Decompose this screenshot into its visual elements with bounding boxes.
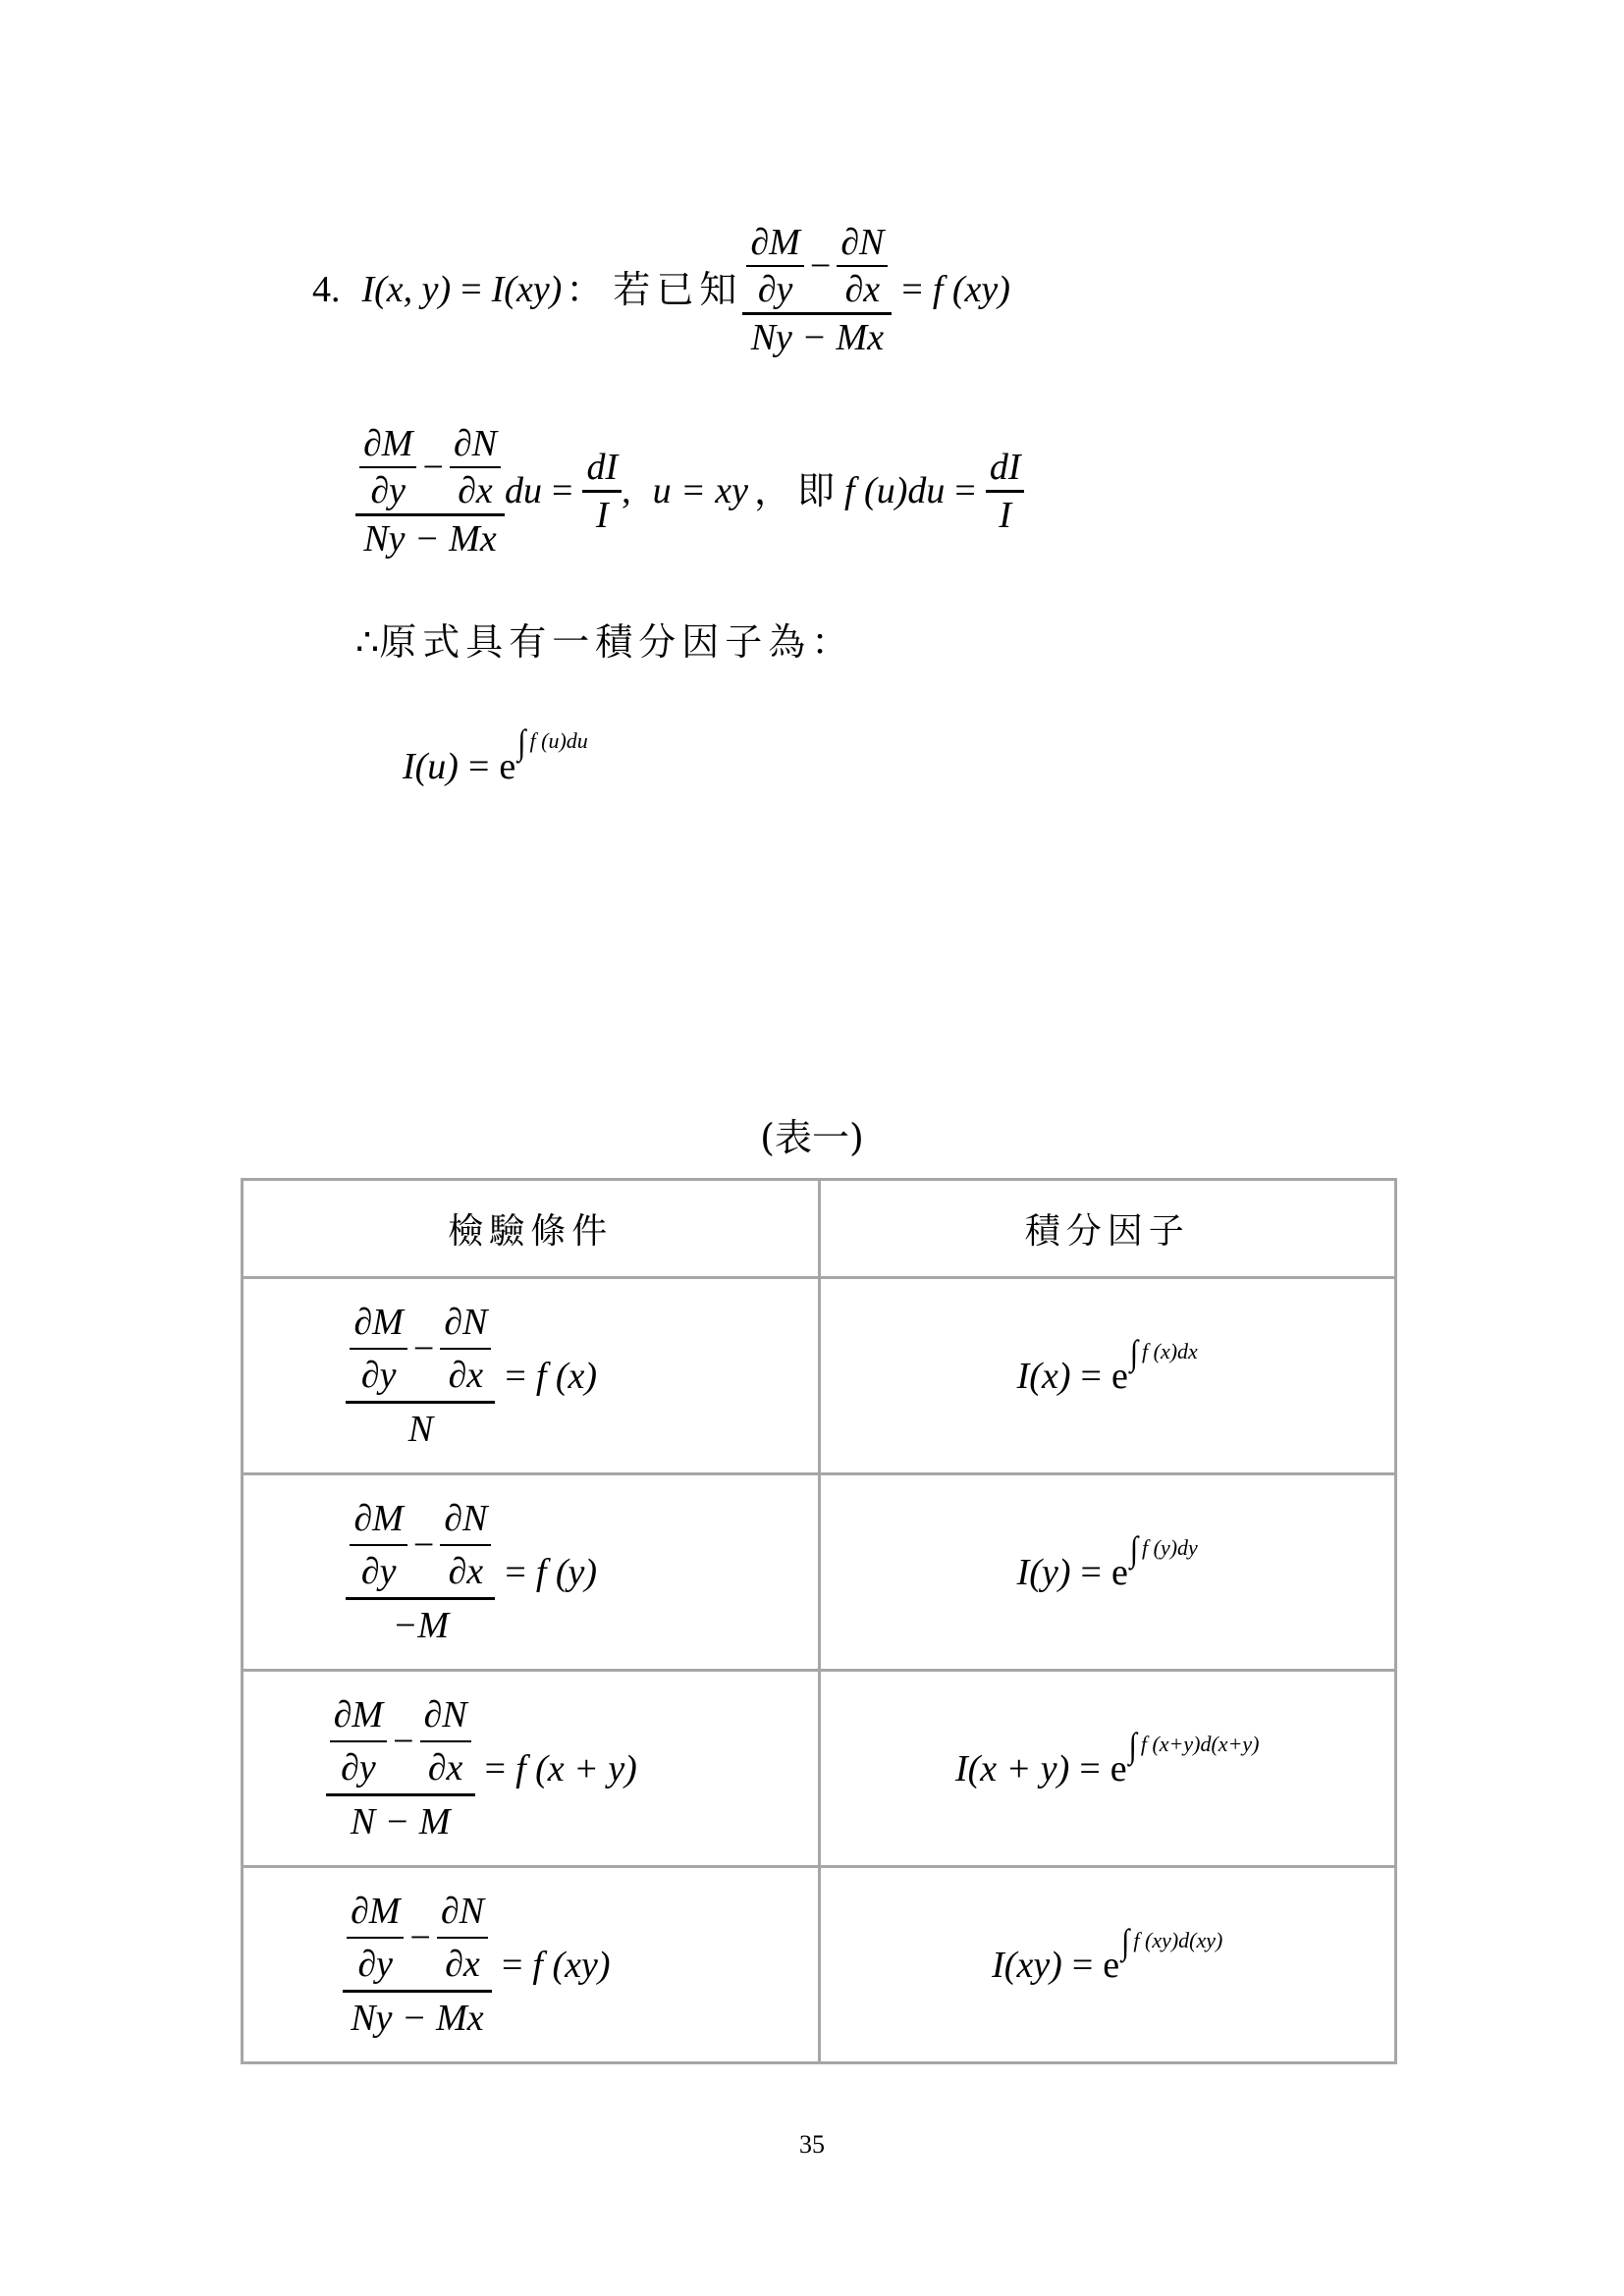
denominator: Ny − Mx bbox=[747, 315, 888, 356]
table-header-row: 檢驗條件 積分因子 bbox=[243, 1180, 1396, 1278]
partial-m-y: ∂M ∂y bbox=[359, 425, 416, 509]
substitution: u = xy bbox=[653, 472, 748, 509]
equals-sign: = bbox=[460, 271, 481, 308]
table-caption: (表一) bbox=[0, 1107, 1624, 1161]
rhs: I(xy) bbox=[492, 271, 563, 308]
table-row: ∂M∂y − ∂N∂x N = f (x) I(x) = e ∫f (x)dx bbox=[243, 1278, 1396, 1474]
factor-cell: I(xy) = e ∫f (xy)d(xy) bbox=[819, 1867, 1396, 2063]
partial-m-y: ∂M ∂y bbox=[746, 224, 803, 308]
page-number: 35 bbox=[0, 2130, 1624, 2160]
integral-sign: ∫ bbox=[517, 725, 525, 761]
known-text: 若已知 bbox=[613, 271, 742, 308]
condition-cell: ∂M∂y − ∂N∂x Ny − Mx = f (xy) bbox=[243, 1867, 820, 2063]
partial-n-x: ∂N ∂x bbox=[837, 224, 888, 308]
integral-sign: ∫ bbox=[1121, 1922, 1129, 1962]
condition-fraction: ∂M ∂y − ∂N ∂x Ny − Mx bbox=[355, 425, 505, 558]
header-condition: 檢驗條件 bbox=[243, 1180, 820, 1278]
factor-cell: I(x) = e ∫f (x)dx bbox=[819, 1278, 1396, 1474]
item4-equation: 4. I(x, y) = I(xy) ： 若已知 ∂M ∂y − ∂N ∂x N… bbox=[312, 211, 1010, 368]
di-over-i: dI I bbox=[986, 449, 1025, 534]
integral-sign: ∫ bbox=[1130, 1333, 1138, 1373]
factor-cell: I(x + y) = e ∫f (x+y)d(x+y) bbox=[819, 1671, 1396, 1867]
item-number: 4. bbox=[312, 271, 341, 308]
result: f (xy) bbox=[933, 271, 1010, 308]
condition-cell: ∂M∂y − ∂N∂x N − M = f (x + y) bbox=[243, 1671, 820, 1867]
condition-cell: ∂M∂y − ∂N∂x −M = f (y) bbox=[243, 1474, 820, 1671]
factor-cell: I(y) = e ∫f (y)dy bbox=[819, 1474, 1396, 1671]
integrating-factor-table: 檢驗條件 積分因子 ∂M∂y − ∂N∂x N = f (x) bbox=[241, 1178, 1397, 2064]
therefore-symbol: ∴ bbox=[355, 622, 379, 664]
table-row: ∂M∂y − ∂N∂x Ny − Mx = f (xy) I(xy) = e ∫… bbox=[243, 1867, 1396, 2063]
conclusion-text: ∴原式具有一積分因子為： bbox=[355, 620, 854, 665]
lhs: I(x, y) bbox=[362, 271, 452, 308]
integral-sign: ∫ bbox=[1130, 1529, 1138, 1570]
condition-cell: ∂M∂y − ∂N∂x N = f (x) bbox=[243, 1278, 820, 1474]
exponent: ∫ f (u)du bbox=[517, 730, 587, 760]
integral-sign: ∫ bbox=[1129, 1726, 1137, 1766]
di-over-i: dI I bbox=[582, 449, 622, 534]
integrating-factor-formula: I(u) = e ∫ f (u)du bbox=[403, 707, 588, 785]
table-row: ∂M∂y − ∂N∂x N − M = f (x + y) I(x + y) =… bbox=[243, 1671, 1396, 1867]
relation-equation: ∂M ∂y − ∂N ∂x Ny − Mx du = dI I , u = xy… bbox=[355, 407, 1024, 574]
condition-fraction: ∂M ∂y − ∂N ∂x Ny − Mx bbox=[742, 224, 892, 356]
header-factor: 積分因子 bbox=[819, 1180, 1396, 1278]
partial-n-x: ∂N ∂x bbox=[450, 425, 501, 509]
table-row: ∂M∂y − ∂N∂x −M = f (y) I(y) = e ∫f (y)dy bbox=[243, 1474, 1396, 1671]
colon: ： bbox=[566, 271, 609, 308]
ie-text: 即 bbox=[797, 472, 840, 509]
